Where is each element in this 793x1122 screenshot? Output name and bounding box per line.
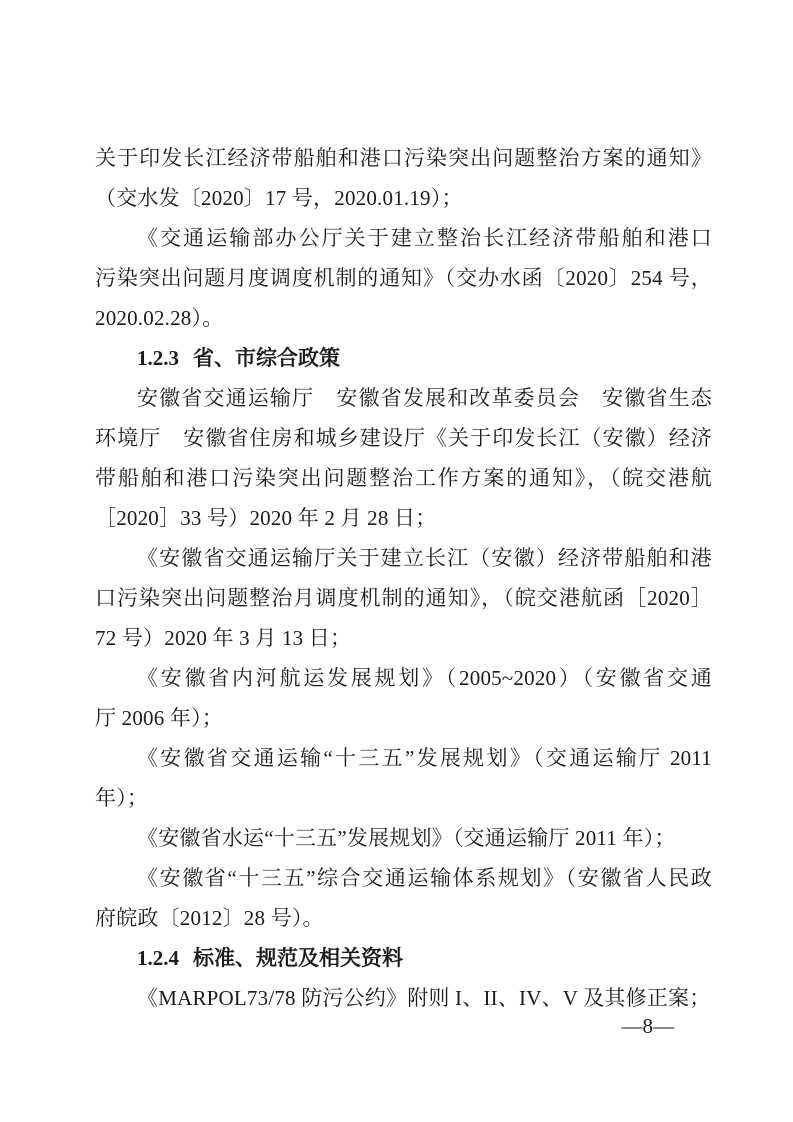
paragraph: 《安徽省内河航运发展规划》（2005~2020）（安徽省交通厅 2006 年）； bbox=[95, 658, 712, 738]
paragraph: 《安徽省交通运输厅关于建立长江（安徽）经济带船舶和港口污染突出问题整治月调度机制… bbox=[95, 538, 712, 658]
text-line: 年）； bbox=[95, 778, 712, 818]
section-title: 省、市综合政策 bbox=[193, 346, 340, 370]
text-line: 府皖政〔2012〕28 号）。 bbox=[95, 898, 712, 938]
paragraph: 《安徽省交通运输“十三五”发展规划》（交通运输厅 2011年）； bbox=[95, 738, 712, 818]
text-line: 《交通运输部办公厅关于建立整治长江经济带船舶和港口 bbox=[95, 218, 712, 258]
paragraph: 关于印发长江经济带船舶和港口污染突出问题整治方案的通知》（交水发〔2020〕17… bbox=[95, 138, 712, 218]
section-heading: 1.2.4标准、规范及相关资料 bbox=[95, 938, 712, 978]
text-line: 《安徽省水运“十三五”发展规划》（交通运输厅 2011 年）； bbox=[95, 818, 712, 858]
section-number: 1.2.3 bbox=[137, 346, 179, 370]
section-number: 1.2.4 bbox=[137, 946, 179, 970]
page-number: —8— bbox=[622, 1012, 675, 1040]
paragraph: 《MARPOL73/78 防污公约》附则 I、II、IV、V 及其修正案； bbox=[95, 978, 712, 1018]
text-line: 《安徽省交通运输厅关于建立长江（安徽）经济带船舶和港 bbox=[95, 538, 712, 578]
text-line: 《安徽省内河航运发展规划》（2005~2020）（安徽省交通 bbox=[95, 658, 712, 698]
section-title: 标准、规范及相关资料 bbox=[193, 946, 403, 970]
paragraph: 《交通运输部办公厅关于建立整治长江经济带船舶和港口污染突出问题月度调度机制的通知… bbox=[95, 218, 712, 338]
text-line: 《安徽省交通运输“十三五”发展规划》（交通运输厅 2011 bbox=[95, 738, 712, 778]
text-line: 72 号）2020 年 3 月 13 日； bbox=[95, 618, 712, 658]
text-line: ［2020］33 号）2020 年 2 月 28 日； bbox=[95, 498, 712, 538]
text-line: 污染突出问题月度调度机制的通知》（交办水函〔2020〕254 号， bbox=[95, 258, 712, 298]
paragraph: 《安徽省“十三五”综合交通运输体系规划》（安徽省人民政府皖政〔2012〕28 号… bbox=[95, 858, 712, 938]
text-line: 2020.02.28）。 bbox=[95, 298, 712, 338]
text-line: 厅 2006 年）； bbox=[95, 698, 712, 738]
paragraph: 安徽省交通运输厅 安徽省发展和改革委员会 安徽省生态环境厅 安徽省住房和城乡建设… bbox=[95, 378, 712, 538]
text-line: 口污染突出问题整治月调度机制的通知》，（皖交港航函［2020］ bbox=[95, 578, 712, 618]
text-line: 环境厅 安徽省住房和城乡建设厅《关于印发长江（安徽）经济 bbox=[95, 418, 712, 458]
section-heading: 1.2.3省、市综合政策 bbox=[95, 338, 712, 378]
text-line: 带船舶和港口污染突出问题整治工作方案的通知》，（皖交港航 bbox=[95, 458, 712, 498]
text-line: 《安徽省“十三五”综合交通运输体系规划》（安徽省人民政 bbox=[95, 858, 712, 898]
text-line: 安徽省交通运输厅 安徽省发展和改革委员会 安徽省生态 bbox=[95, 378, 712, 418]
text-line: 关于印发长江经济带船舶和港口污染突出问题整治方案的通知》 bbox=[95, 138, 712, 178]
text-line: 《MARPOL73/78 防污公约》附则 I、II、IV、V 及其修正案； bbox=[95, 978, 712, 1018]
page-content: 关于印发长江经济带船舶和港口污染突出问题整治方案的通知》（交水发〔2020〕17… bbox=[95, 138, 712, 1018]
paragraph: 《安徽省水运“十三五”发展规划》（交通运输厅 2011 年）； bbox=[95, 818, 712, 858]
text-line: （交水发〔2020〕17 号，2020.01.19）； bbox=[95, 178, 712, 218]
document-page: 关于印发长江经济带船舶和港口污染突出问题整治方案的通知》（交水发〔2020〕17… bbox=[0, 0, 793, 1122]
